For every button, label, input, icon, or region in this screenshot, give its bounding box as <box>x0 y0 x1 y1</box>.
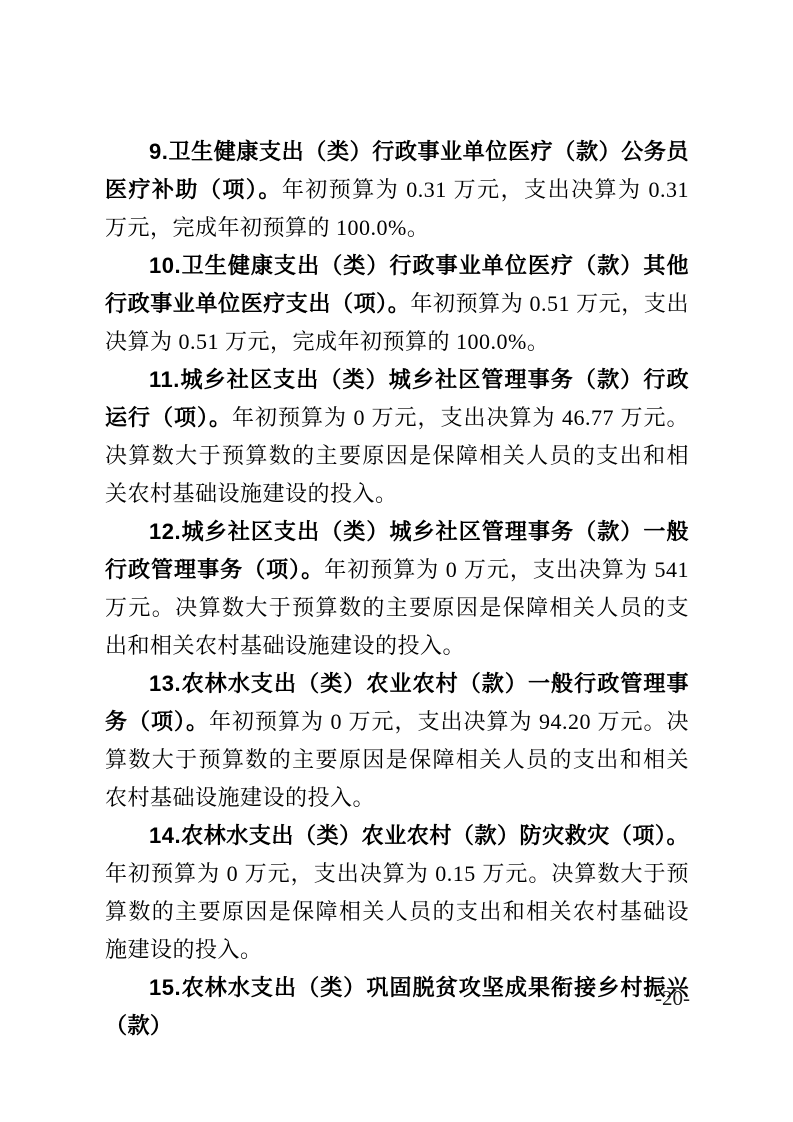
item-body: 年初预算为 0 万元，支出决算为 0.15 万元。决算数大于预算数的主要原因是保… <box>105 861 689 962</box>
page-number: -20- <box>655 985 690 1011</box>
budget-item-paragraph-10: 10.卫生健康支出（类）行政事业单位医疗（款）其他行政事业单位医疗支出（项）。年… <box>105 247 689 361</box>
budget-item-paragraph-12: 12.城乡社区支出（类）城乡社区管理事务（款）一般行政管理事务（项）。年初预算为… <box>105 513 689 665</box>
budget-item-paragraph-9: 9.卫生健康支出（类）行政事业单位医疗（款）公务员医疗补助（项）。年初预算为 0… <box>105 133 689 247</box>
document-page: 9.卫生健康支出（类）行政事业单位医疗（款）公务员医疗补助（项）。年初预算为 0… <box>0 0 793 1122</box>
budget-item-paragraph-13: 13.农林水支出（类）农业农村（款）一般行政管理事务（项）。年初预算为 0 万元… <box>105 665 689 817</box>
item-heading: 15.农林水支出（类）巩固脱贫攻坚成果衔接乡村振兴（款） <box>105 975 689 1038</box>
item-heading: 14.农林水支出（类）农业农村（款）防灾救灾（项）。 <box>149 823 689 848</box>
document-body: 9.卫生健康支出（类）行政事业单位医疗（款）公务员医疗补助（项）。年初预算为 0… <box>105 133 689 1045</box>
budget-item-paragraph-11: 11.城乡社区支出（类）城乡社区管理事务（款）行政运行（项）。年初预算为 0 万… <box>105 361 689 513</box>
budget-item-paragraph-14: 14.农林水支出（类）农业农村（款）防灾救灾（项）。年初预算为 0 万元，支出决… <box>105 817 689 969</box>
budget-item-paragraph-15: 15.农林水支出（类）巩固脱贫攻坚成果衔接乡村振兴（款） <box>105 969 689 1045</box>
